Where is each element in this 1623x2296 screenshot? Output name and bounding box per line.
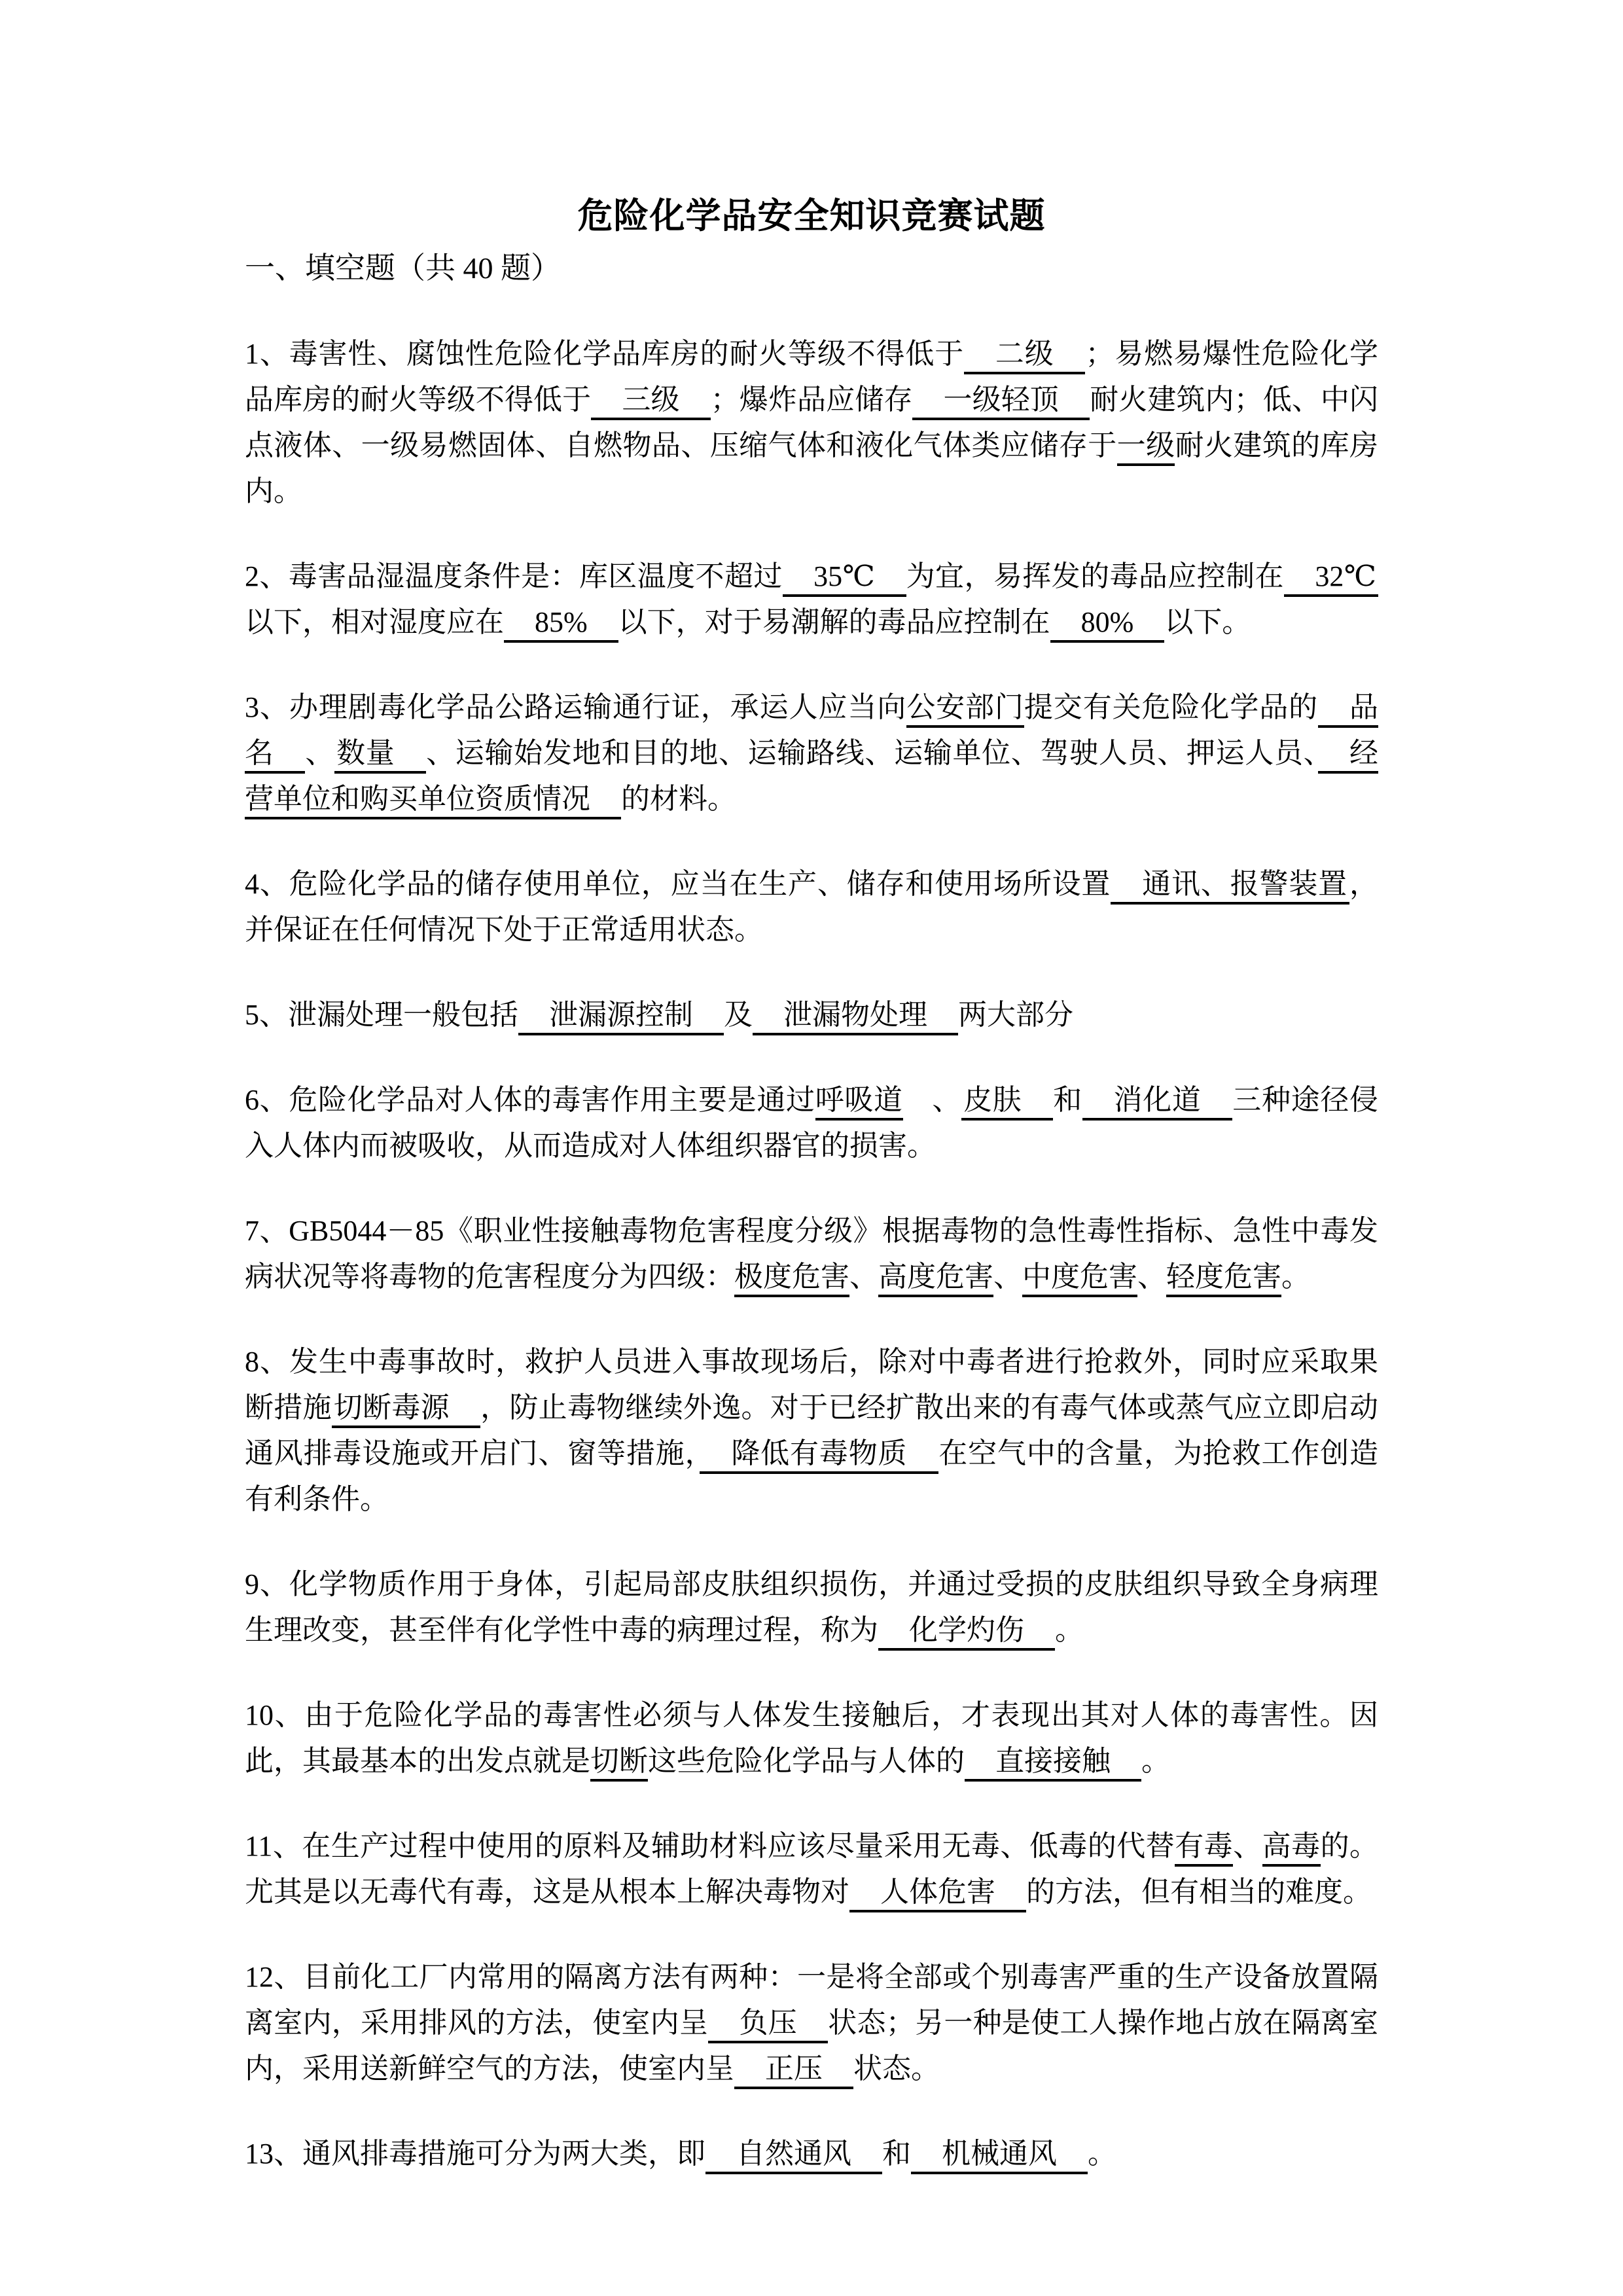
document-page: 危险化学品安全知识竞赛试题 一、填空题（共 40 题） 1、毒害性、腐蚀性危险化… bbox=[0, 0, 1623, 2296]
question-9: 9、化学物质作用于身体，引起局部皮肤组织损伤，并通过受损的皮肤组织导致全身病理生… bbox=[245, 1562, 1378, 1653]
text-run: 。 bbox=[1055, 1614, 1084, 1646]
text-run: 11、在生产过程中使用的原料及辅助材料应该尽量采用无毒、低毒的代替 bbox=[245, 1830, 1175, 1862]
underlined-term: 中度危害 bbox=[1022, 1261, 1137, 1297]
underlined-term: 极度危害 bbox=[734, 1261, 849, 1297]
text-run: 和 bbox=[1053, 1084, 1082, 1116]
underlined-term: 高度危害 bbox=[878, 1261, 993, 1297]
question-7: 7、GB5044－85《职业性接触毒物危害程度分级》根据毒物的急性毒性指标、急性… bbox=[245, 1208, 1378, 1300]
answer-blank: 直接接触 bbox=[965, 1745, 1141, 1782]
question-list: 1、毒害性、腐蚀性危险化学品库房的耐火等级不得低于 二级 ；易燃易爆性危险化学品… bbox=[245, 331, 1378, 2177]
text-run: 6、危险化学品对人体的毒害作用主要是通过 bbox=[245, 1084, 815, 1116]
answer-blank: 人体危害 bbox=[849, 1876, 1026, 1912]
answer-blank: 数量 bbox=[334, 737, 426, 774]
text-run: 、 bbox=[849, 1261, 878, 1293]
text-run: 1、毒害性、腐蚀性危险化学品库房的耐火等级不得低于 bbox=[245, 338, 964, 370]
underlined-term: 呼吸道 bbox=[815, 1084, 903, 1121]
answer-blank: 正压 bbox=[734, 2053, 853, 2089]
text-run: 及 bbox=[724, 999, 753, 1031]
text-run: 2、毒害品湿温度条件是：库区温度不超过 bbox=[245, 560, 783, 592]
text-run: 、 bbox=[1233, 1830, 1262, 1862]
underlined-term: 切断 bbox=[590, 1745, 648, 1782]
text-run: 5、泄漏处理一般包括 bbox=[245, 999, 518, 1031]
answer-blank: 85% bbox=[504, 606, 618, 643]
underlined-term: 公安部门 bbox=[906, 691, 1024, 728]
answer-blank: 消化道 bbox=[1082, 1084, 1232, 1121]
question-5: 5、泄漏处理一般包括 泄漏源控制 及 泄漏物处理 两大部分 bbox=[245, 992, 1378, 1038]
answer-blank: 负压 bbox=[708, 2007, 828, 2043]
question-11: 11、在生产过程中使用的原料及辅助材料应该尽量采用无毒、低毒的代替有毒、高毒的。… bbox=[245, 1823, 1378, 1915]
text-run: 两大部分 bbox=[958, 999, 1073, 1031]
answer-blank: 自然通风 bbox=[705, 2138, 882, 2174]
answer-blank: 机械通风 bbox=[911, 2138, 1088, 2174]
question-4: 4、危险化学品的储存使用单位，应当在生产、储存和使用场所设置 通讯、报警装置，并… bbox=[245, 861, 1378, 953]
text-run: 、 bbox=[903, 1084, 961, 1116]
text-run: 以下，对于易潮解的毒品应控制在 bbox=[618, 606, 1050, 638]
text-run: 、 bbox=[993, 1261, 1022, 1293]
answer-blank: 32℃ bbox=[1284, 560, 1378, 597]
underlined-term: 轻度危害 bbox=[1166, 1261, 1281, 1297]
question-1: 1、毒害性、腐蚀性危险化学品库房的耐火等级不得低于 二级 ；易燃易爆性危险化学品… bbox=[245, 331, 1378, 514]
answer-blank: 三级 bbox=[591, 384, 710, 420]
section-heading: 一、填空题（共 40 题） bbox=[245, 242, 1378, 295]
text-run: 以下，相对湿度应在 bbox=[245, 606, 504, 638]
answer-blank: 二级 bbox=[964, 338, 1085, 374]
page-title: 危险化学品安全知识竞赛试题 bbox=[245, 190, 1378, 242]
question-12: 12、目前化工厂内常用的隔离方法有两种：一是将全部或个别毒害严重的生产设备放置隔… bbox=[245, 1954, 1378, 2092]
text-run: 、 bbox=[305, 737, 334, 769]
text-run: 和 bbox=[882, 2138, 911, 2170]
answer-blank: 皮肤 bbox=[961, 1084, 1053, 1121]
question-6: 6、危险化学品对人体的毒害作用主要是通过呼吸道 、皮肤 和 消化道 三种途径侵入… bbox=[245, 1077, 1378, 1169]
underlined-term: 高毒 bbox=[1262, 1830, 1321, 1867]
question-10: 10、由于危险化学品的毒害性必须与人体发生接触后，才表现出其对人体的毒害性。因此… bbox=[245, 1693, 1378, 1784]
text-run: 这些危险化学品与人体的 bbox=[648, 1745, 965, 1777]
answer-blank: 一级轻顶 bbox=[912, 384, 1090, 420]
question-8: 8、发生中毒事故时，救护人员进入事故现场后，除对中毒者进行抢救外，同时应采取果断… bbox=[245, 1339, 1378, 1522]
text-run: 的材料。 bbox=[621, 783, 736, 815]
text-run: ；爆炸品应储存 bbox=[711, 384, 913, 416]
text-run: 4、危险化学品的储存使用单位，应当在生产、储存和使用场所设置 bbox=[245, 868, 1111, 900]
text-run: 、 bbox=[1137, 1261, 1166, 1293]
answer-blank: 35℃ bbox=[783, 560, 906, 597]
text-run: 提交有关危险化学品的 bbox=[1024, 691, 1318, 723]
text-run: 以下。 bbox=[1164, 606, 1251, 638]
text-run: 状态。 bbox=[853, 2053, 940, 2085]
answer-blank: 切断毒源 bbox=[332, 1391, 480, 1428]
text-run: 、运输始发地和目的地、运输路线、运输单位、驾驶人员、押运人员、 bbox=[426, 737, 1318, 769]
text-run: 3、办理剧毒化学品公路运输通行证，承运人应当向 bbox=[245, 691, 906, 723]
text-run: 13、通风排毒措施可分为两大类，即 bbox=[245, 2138, 705, 2170]
answer-blank: 化学灼伤 bbox=[878, 1614, 1055, 1651]
question-13: 13、通风排毒措施可分为两大类，即 自然通风 和 机械通风 。 bbox=[245, 2131, 1378, 2177]
text-run: 。 bbox=[1088, 2138, 1116, 2170]
text-run: 的方法，但有相当的难度。 bbox=[1026, 1876, 1372, 1908]
answer-blank: 泄漏源控制 bbox=[518, 999, 724, 1035]
underlined-term: 有毒 bbox=[1175, 1830, 1233, 1867]
answer-blank: 降低有毒物质 bbox=[700, 1437, 938, 1474]
text-run: 9、化学物质作用于身体，引起局部皮肤组织损伤，并通过受损的皮肤组织导致全身病理生… bbox=[245, 1568, 1378, 1646]
answer-blank: 通讯、报警装置 bbox=[1111, 868, 1349, 905]
text-run: 为宜，易挥发的毒品应控制在 bbox=[906, 560, 1284, 592]
answer-blank: 80% bbox=[1050, 606, 1165, 643]
text-run: 。 bbox=[1281, 1261, 1310, 1293]
underlined-term: 一级 bbox=[1117, 429, 1175, 466]
question-2: 2、毒害品湿温度条件是：库区温度不超过 35℃ 为宜，易挥发的毒品应控制在 32… bbox=[245, 554, 1378, 645]
answer-blank: 泄漏物处理 bbox=[753, 999, 958, 1035]
question-3: 3、办理剧毒化学品公路运输通行证，承运人应当向公安部门提交有关危险化学品的 品名… bbox=[245, 685, 1378, 822]
text-run: 。 bbox=[1141, 1745, 1170, 1777]
